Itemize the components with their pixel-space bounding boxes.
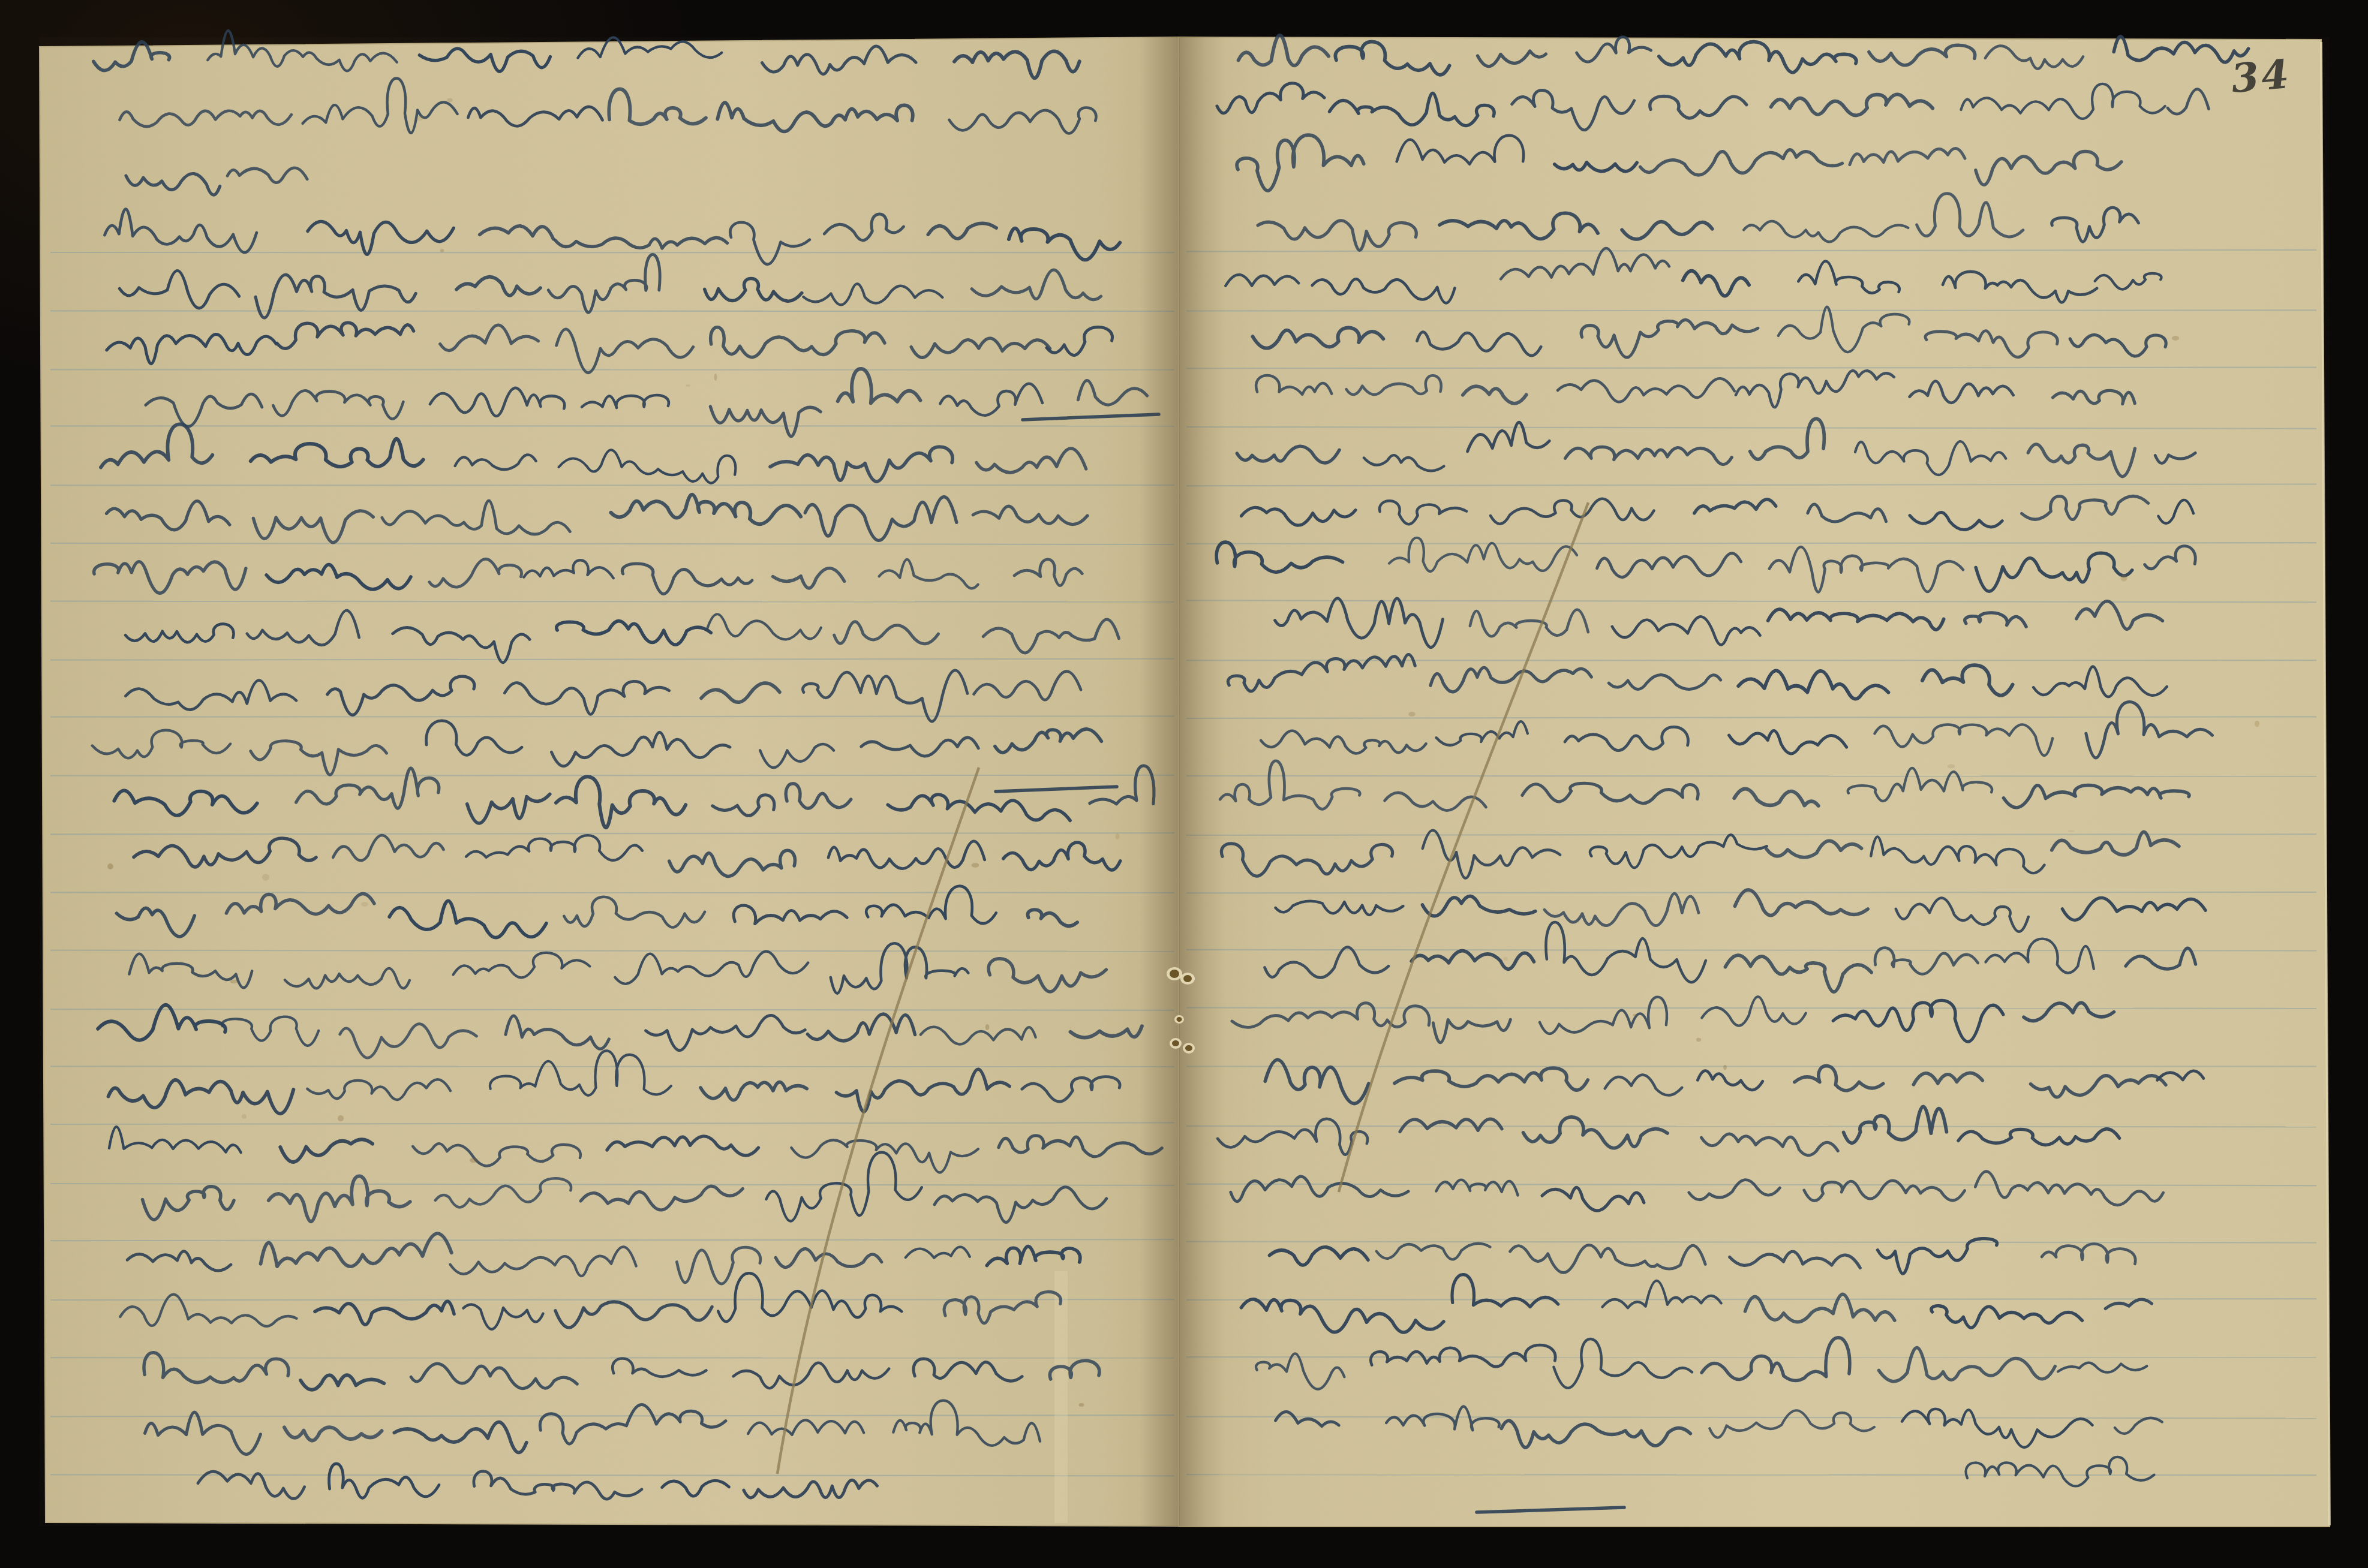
left-fold-shadow (1140, 37, 1179, 1526)
scanned-notebook-spread: 34 (0, 0, 2368, 1568)
left-page (40, 31, 1179, 1526)
right-page: 34 (1179, 35, 2330, 1527)
left-page-crease-highlight (1054, 1271, 1068, 1523)
scan-image: 34 (0, 0, 2368, 1568)
page-number: 34 (2229, 50, 2293, 102)
right-page-texture (1179, 37, 2330, 1527)
right-fold-shadow (1179, 37, 1226, 1527)
